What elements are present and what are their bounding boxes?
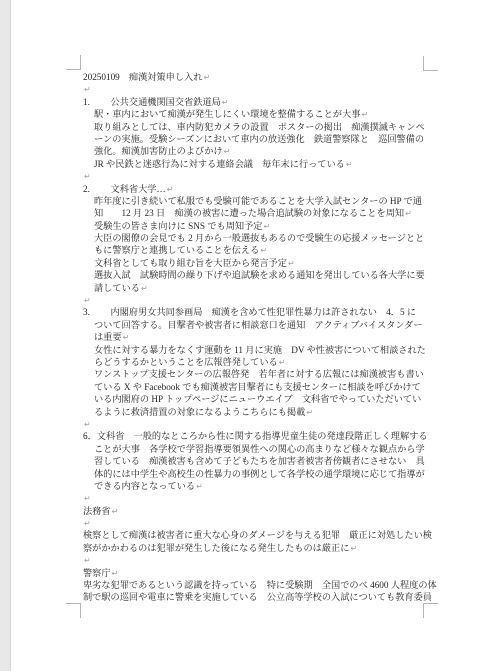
paragraph-return-mark: ↵ [306,408,313,417]
paragraph-return-mark: ↵ [405,209,412,218]
text-line-content: 請している [94,283,140,293]
text-line[interactable]: 法務省↵ [83,505,427,517]
text-line[interactable]: 察がかかわるのは犯罪が発生した後になる発生したものは厳正に↵ [83,542,427,554]
text-line[interactable]: 2. 文科省大学…↵ [83,183,427,195]
paragraph-return-mark: ↵ [84,556,91,565]
document-text-area[interactable]: 20250109 痴漢対策申し入れ↵↵1. 公共交通機関国交省鉄道局↵駅・車内に… [83,71,427,604]
text-line[interactable]: ↵ [83,554,427,566]
text-line[interactable]: ↵ [83,294,427,306]
text-line-content: 20250109 痴漢対策申し入れ [83,72,202,82]
margin-crop-mark-top-right [423,56,438,71]
text-line-content: 文科省としても取り組む旨を大臣から発言予定 [94,258,287,268]
text-line[interactable]: 文科省としても取り組む旨を大臣から発言予定↵ [83,257,427,269]
margin-crop-mark-bottom-left [66,603,81,618]
paragraph-return-mark: ↵ [123,333,130,342]
text-line-content: 警察庁 [83,568,111,578]
text-line-content: らどうするかということを広報啓発している [94,357,278,367]
text-line-content: 昨年度に引き続いて私服でも受験可能であることを大学入試センターの HP で通 [94,196,422,206]
text-line[interactable]: 駅・車内において痴漢が発生しにくい環境を整備することが大事↵ [83,108,427,120]
text-line[interactable]: 20250109 痴漢対策申し入れ↵ [83,71,427,83]
text-line[interactable]: ことが大事 各学校で学習指導要領異性への関心の高まりなど様々な観点から学 [83,443,427,455]
text-line-content: 卑劣な犯罪であるという認識を持っている 特に受験期 全国でのべ 4600 人程度… [83,580,437,590]
text-line-content: 2. 文科省大学… [83,184,166,194]
paragraph-return-mark: ↵ [279,358,286,367]
paragraph-return-mark: ↵ [203,73,210,82]
text-line-content: 強化。痴漢加害防止のよびかけ [94,146,223,156]
paragraph-return-mark: ↵ [260,246,267,255]
text-line-content: 法務省 [83,506,111,516]
paragraph-return-mark: ↵ [84,494,91,503]
paragraph-return-mark: ↵ [222,98,229,107]
paragraph-return-mark: ↵ [263,222,270,231]
text-line-content: ついて回答する。目撃者や被害者に相談窓口を通知 アクティブバイスタンダー [94,320,423,330]
text-line[interactable]: 知 12 月 23 日 痴漢の被害に遭った場合追試験の対象になることを周知↵ [83,207,427,219]
text-line[interactable]: 体的には中学生や高校生の性暴力の事例として各学校の通学環境に応じて指導が [83,468,427,480]
paragraph-return-mark: ↵ [224,147,231,156]
paragraph-return-mark: ↵ [84,172,91,181]
paragraph-return-mark: ↵ [196,482,203,491]
text-line[interactable]: ている X や Facebook でも痴漢被害目撃者にも支援センターに相談を呼び… [83,381,427,393]
text-line-content: は重要 [94,332,122,342]
text-line[interactable]: できる内容となっている↵ [83,480,427,492]
text-line-content: 取り組みとしては、車内防犯カメラの設置 ポスターの掲出 痴漢撲滅キャンペ [94,122,425,132]
text-line-content: 大臣の閣僚の会見でも 2 月から一般選抜もあるので受験生の応援メッセージとと [94,233,424,243]
app-canvas-strip [0,0,11,671]
text-line[interactable]: 1. 公共交通機関国交省鉄道局↵ [83,96,427,108]
text-line-content: るように救済措置の対象になるようこちらにも掲載 [94,407,305,417]
text-line-content: 制で駅の巡回や電車に警乗を実施している 公立高等学校の入試についても教育委員 [83,592,432,602]
text-line[interactable]: 取り組みとしては、車内防犯カメラの設置 ポスターの掲出 痴漢撲滅キャンペ [83,121,427,133]
text-line[interactable]: 警察庁↵ [83,567,427,579]
text-line-content: 3. 内閣府男女共同参画局 痴漢を含めて性犯罪性暴力は許されない 4．5 に [83,307,416,317]
paragraph-return-mark: ↵ [167,185,174,194]
text-line-content: 受験生の皆さま向けに SNS でも周知予定 [94,221,262,231]
text-line-content: ている X や Facebook でも痴漢被害目撃者にも支援センターに相談を呼び… [94,382,421,392]
text-line[interactable]: 女性に対する暴力をなくす運動を 11 月に実施 DV や性被害について相談された [83,344,427,356]
paragraph-return-mark: ↵ [84,519,91,528]
paragraph-return-mark: ↵ [84,85,91,94]
paragraph-return-mark: ↵ [361,110,368,119]
text-line-content: 女性に対する暴力をなくす運動を 11 月に実施 DV や性被害について相談された [94,345,426,355]
text-line-content: ーンの実施。受験シーズンにおいて車内の放送強化 鉄道警察隊と 巡回警備の [94,134,424,144]
text-line-content: 体的には中学生や高校生の性暴力の事例として各学校の通学環境に応じて指導が [94,469,425,479]
document-page[interactable]: 20250109 痴漢対策申し入れ↵↵1. 公共交通機関国交省鉄道局↵駅・車内に… [11,0,480,671]
text-line[interactable]: ↵ [83,83,427,95]
text-line[interactable]: 3. 内閣府男女共同参画局 痴漢を含めて性犯罪性暴力は許されない 4．5 に [83,306,427,318]
text-line[interactable]: 卑劣な犯罪であるという認識を持っている 特に受験期 全国でのべ 4600 人程度… [83,579,427,591]
text-line[interactable]: 習している 痴漢被害も含めて子どもたちを加害者被害者傍観者にさせない 具 [83,455,427,467]
text-line[interactable]: もに警察庁と連携していることを伝える↵ [83,244,427,256]
text-line-content: いる内閣府の HP トップページにニューウエイブ 文科省でやっていただいてい [94,394,421,404]
paragraph-return-mark: ↵ [84,296,91,305]
text-line-content: 知 12 月 23 日 痴漢の被害に遭った場合追試験の対象になることを周知 [94,208,404,218]
paragraph-return-mark: ↵ [350,544,357,553]
text-line[interactable]: ーンの実施。受験シーズンにおいて車内の放送強化 鉄道警察隊と 巡回警備の [83,133,427,145]
text-line[interactable]: 請している↵ [83,282,427,294]
text-line[interactable]: ↵ [83,170,427,182]
text-line-content: 検察として痴漢は被害者に重大な心身のダメージを与える犯罪 厳正に対処したい検 [83,530,432,540]
text-line-content: 6．文科省 一般的なところから性に関する指導児童生徒の発達段階正しく理解する [83,431,428,441]
text-line[interactable]: 大臣の閣僚の会見でも 2 月から一般選抜もあるので受験生の応援メッセージとと [83,232,427,244]
text-line[interactable]: いる内閣府の HP トップページにニューウエイブ 文科省でやっていただいてい [83,393,427,405]
paragraph-return-mark: ↵ [288,259,295,268]
text-line[interactable]: JR や民鉄と迷惑行為に対する連絡会議 毎年末に行っている↵ [83,158,427,170]
margin-crop-mark-top-left [66,55,81,70]
text-line-content: ことが大事 各学校で学習指導要領異性への関心の高まりなど様々な観点から学 [94,444,425,454]
text-line[interactable]: ↵ [83,517,427,529]
text-line[interactable]: ↵ [83,492,427,504]
text-line[interactable]: るように救済措置の対象になるようこちらにも掲載↵ [83,406,427,418]
text-line-content: 察がかかわるのは犯罪が発生した後になる発生したものは厳正に [83,543,349,553]
text-line[interactable]: は重要↵ [83,331,427,343]
text-line[interactable]: らどうするかということを広報啓発している↵ [83,356,427,368]
paragraph-return-mark: ↵ [84,420,91,429]
paragraph-return-mark: ↵ [112,507,119,516]
text-line[interactable]: 制で駅の巡回や電車に警乗を実施している 公立高等学校の入試についても教育委員 [83,591,427,603]
text-line[interactable]: 選抜入試 試験時間の繰り下げや追試験を求める通知を発出している各大学に要 [83,269,427,281]
text-line-content: できる内容となっている [94,481,195,491]
text-line-content: 習している 痴漢被害も含めて子どもたちを加害者被害者傍観者にさせない 具 [94,456,425,466]
text-line[interactable]: 検察として痴漢は被害者に重大な心身のダメージを与える犯罪 厳正に対処したい検 [83,529,427,541]
text-line-content: 選抜入試 試験時間の繰り下げや追試験を求める通知を発出している各大学に要 [94,270,425,280]
text-line[interactable]: ついて回答する。目撃者や被害者に相談窓口を通知 アクティブバイスタンダー [83,319,427,331]
text-line[interactable]: 受験生の皆さま向けに SNS でも周知予定↵ [83,220,427,232]
text-line[interactable]: ワンストップ支援センターの広報啓発 若年者に対する広報には痴漢被害も書い [83,368,427,380]
text-line[interactable]: 昨年度に引き続いて私服でも受験可能であることを大学入試センターの HP で通 [83,195,427,207]
text-line[interactable]: 6．文科省 一般的なところから性に関する指導児童生徒の発達段階正しく理解する [83,430,427,442]
text-line-content: もに警察庁と連携していることを伝える [94,245,259,255]
paragraph-return-mark: ↵ [346,160,353,169]
text-line-content: JR や民鉄と迷惑行為に対する連絡会議 毎年末に行っている [94,159,345,169]
paragraph-return-mark: ↵ [112,569,119,578]
paragraph-return-mark: ↵ [141,284,148,293]
text-line[interactable]: 強化。痴漢加害防止のよびかけ↵ [83,145,427,157]
margin-crop-mark-bottom-right [423,603,438,618]
text-line[interactable]: ↵ [83,418,427,430]
text-line-content: ワンストップ支援センターの広報啓発 若年者に対する広報には痴漢被害も書い [94,369,424,379]
text-line-content: 1. 公共交通機関国交省鉄道局 [83,97,221,107]
text-line-content: 駅・車内において痴漢が発生しにくい環境を整備することが大事 [94,109,360,119]
